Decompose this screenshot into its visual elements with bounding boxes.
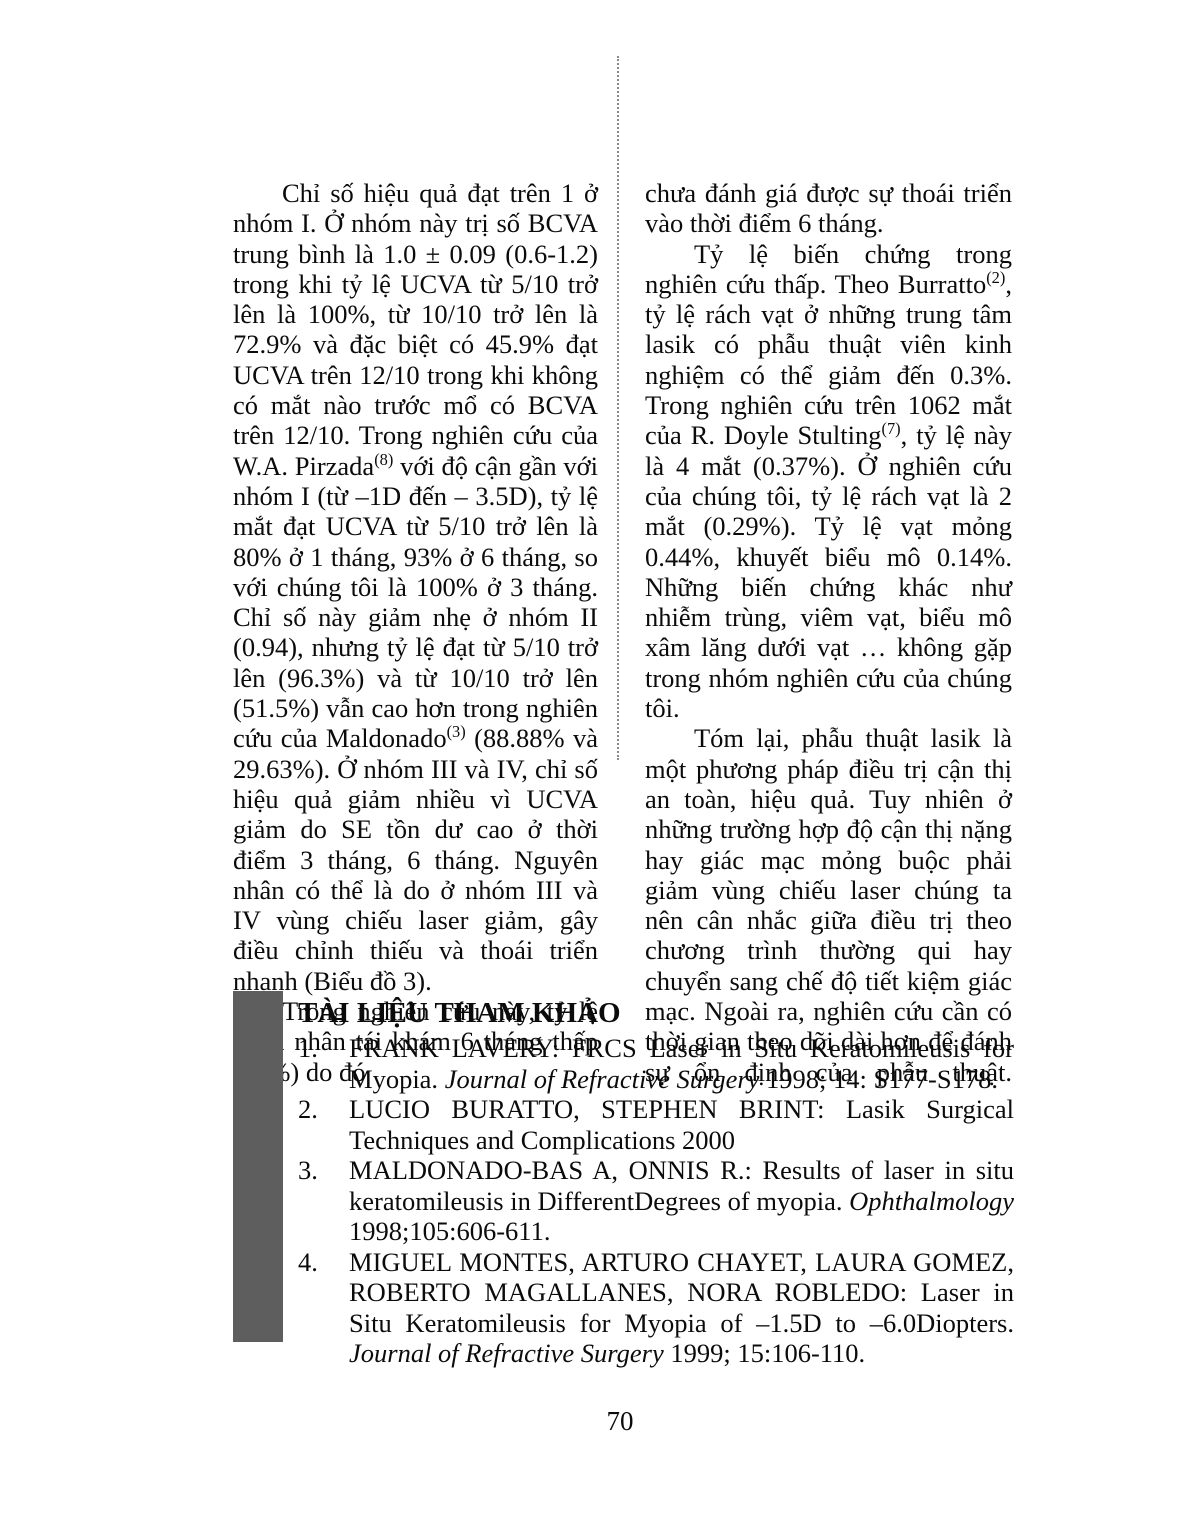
reference-text: LUCIO BURATTO, STEPHEN BRINT: Lasik Surg… — [349, 1094, 1014, 1155]
page-number: 70 — [596, 1406, 644, 1436]
references-heading: TÀI LIỆU THAM KHẢO — [298, 997, 1014, 1029]
right-column: chưa đánh giá được sự thoái triển vào th… — [645, 178, 1012, 1087]
left-column: Chỉ số hiệu quả đạt trên 1 ở nhóm I. Ở n… — [233, 178, 598, 1087]
reference-item: 3. MALDONADO-BAS A, ONNIS R.: Results of… — [298, 1155, 1014, 1247]
references-section: TÀI LIỆU THAM KHẢO 1. FRANK LAVERY: FRCS… — [298, 997, 1014, 1369]
reference-text: FRANK LAVERY: FRCS Laser in Situ Keratom… — [349, 1033, 1014, 1094]
reference-item: 1. FRANK LAVERY: FRCS Laser in Situ Kera… — [298, 1033, 1014, 1094]
body-paragraph: Tỷ lệ biến chứng trong nghiên cứu thấp. … — [645, 239, 1012, 724]
references-side-bar — [233, 991, 283, 1342]
reference-item: 4. MIGUEL MONTES, ARTURO CHAYET, LAURA G… — [298, 1247, 1014, 1369]
body-paragraph: chưa đánh giá được sự thoái triển vào th… — [645, 178, 1012, 239]
reference-item: 2. LUCIO BURATTO, STEPHEN BRINT: Lasik S… — [298, 1094, 1014, 1155]
reference-number: 2. — [298, 1094, 349, 1155]
column-divider-dotted-line — [617, 56, 619, 760]
reference-text: MIGUEL MONTES, ARTURO CHAYET, LAURA GOME… — [349, 1247, 1014, 1369]
reference-number: 3. — [298, 1155, 349, 1247]
document-page: Chỉ số hiệu quả đạt trên 1 ở nhóm I. Ở n… — [0, 0, 1189, 1539]
reference-number: 4. — [298, 1247, 349, 1369]
body-paragraph: Chỉ số hiệu quả đạt trên 1 ở nhóm I. Ở n… — [233, 178, 598, 996]
reference-number: 1. — [298, 1033, 349, 1094]
reference-text: MALDONADO-BAS A, ONNIS R.: Results of la… — [349, 1155, 1014, 1247]
